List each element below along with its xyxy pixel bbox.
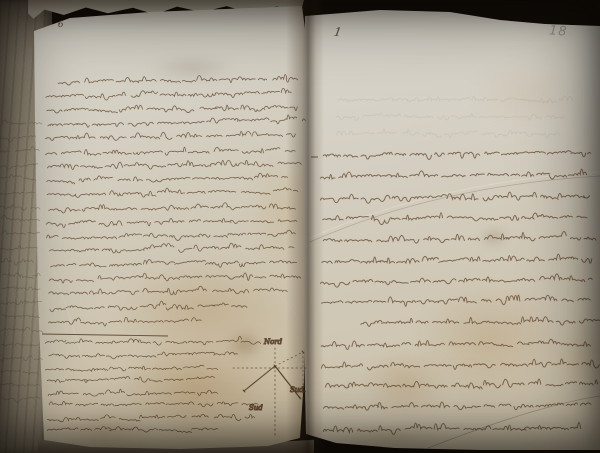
handwriting-block-right-main-text [319,150,600,435]
handwriting-line [321,338,590,349]
handwriting-line [2,273,40,278]
footnote-rule [42,334,168,336]
handwriting-line [1,383,40,387]
handwriting-line [47,230,296,242]
diagram-side-left [244,366,275,391]
handwriting-line [2,315,40,318]
folio-number-pencil: 18 [548,23,568,39]
handwriting-block-left-main-text [44,74,309,327]
handwriting-line [322,294,591,307]
handwriting-line [46,88,292,101]
handwriting-line [320,191,589,203]
handwriting-line [1,301,42,305]
handwriting-line [45,130,295,142]
handwriting-line [2,327,43,332]
handwriting-line [1,343,39,346]
handwriting-line [323,421,580,435]
handwriting-line [323,211,587,225]
handwriting-line [49,271,301,284]
handwriting-line [49,242,294,255]
handwriting-line [49,285,288,297]
handwriting-line [336,114,564,121]
handwriting-line [323,150,590,160]
handwriting-line [0,163,38,169]
handwriting-line [47,173,288,185]
handwriting-line [320,274,592,288]
handwriting-line [50,300,247,312]
handwriting-line [46,216,297,227]
handwriting-line [1,147,40,153]
gutter-shadow [286,0,324,453]
handwriting-line [48,388,218,396]
handwriting-line [48,115,306,128]
handwriting-line [47,186,298,198]
handwriting-line [337,129,560,139]
handwriting-line [47,414,254,423]
handwriting-line [339,96,573,103]
handwriting-line [49,202,296,214]
handwriting-line [58,74,298,86]
handwriting-line [361,316,600,327]
handwriting-line [321,359,599,371]
handwriting-line [47,159,301,171]
handwriting-line [47,426,218,434]
handwriting-block-under-page-text [0,120,43,403]
handwriting-line [50,257,296,270]
handwriting-line [1,370,38,373]
handwriting-line [1,356,43,362]
handwriting-line [2,287,40,290]
handwriting-line [0,258,34,265]
left-page-corner-mark: 6 [58,21,65,31]
handwriting-line [0,205,40,210]
handwriting-line [323,400,590,412]
handwriting-line [320,169,586,181]
handwriting-line [323,231,596,244]
handwriting-block-left-footnote-text [45,336,261,434]
handwriting-line [49,351,238,359]
handwriting-line [47,103,298,115]
handwriting-block-right-showthrough [336,96,573,138]
manuscript-photo: Nord Sud Sud. 6 1 18 [0,0,600,453]
handwriting-line [45,145,295,157]
handwriting-line [0,136,36,142]
handwriting-line [2,120,42,124]
handwriting-line [49,400,258,408]
handwriting-line [45,365,217,372]
handwriting-line [2,231,40,235]
diagram-label-north: Nord [263,338,283,346]
handwriting-line [2,397,40,402]
handwriting-line [322,254,592,266]
handwriting-line [0,174,36,180]
handwriting-line [0,192,35,194]
handwriting-line [0,246,37,250]
handwriting-line [325,378,597,390]
handwriting-line [47,376,215,383]
handwriting-line [1,215,40,221]
